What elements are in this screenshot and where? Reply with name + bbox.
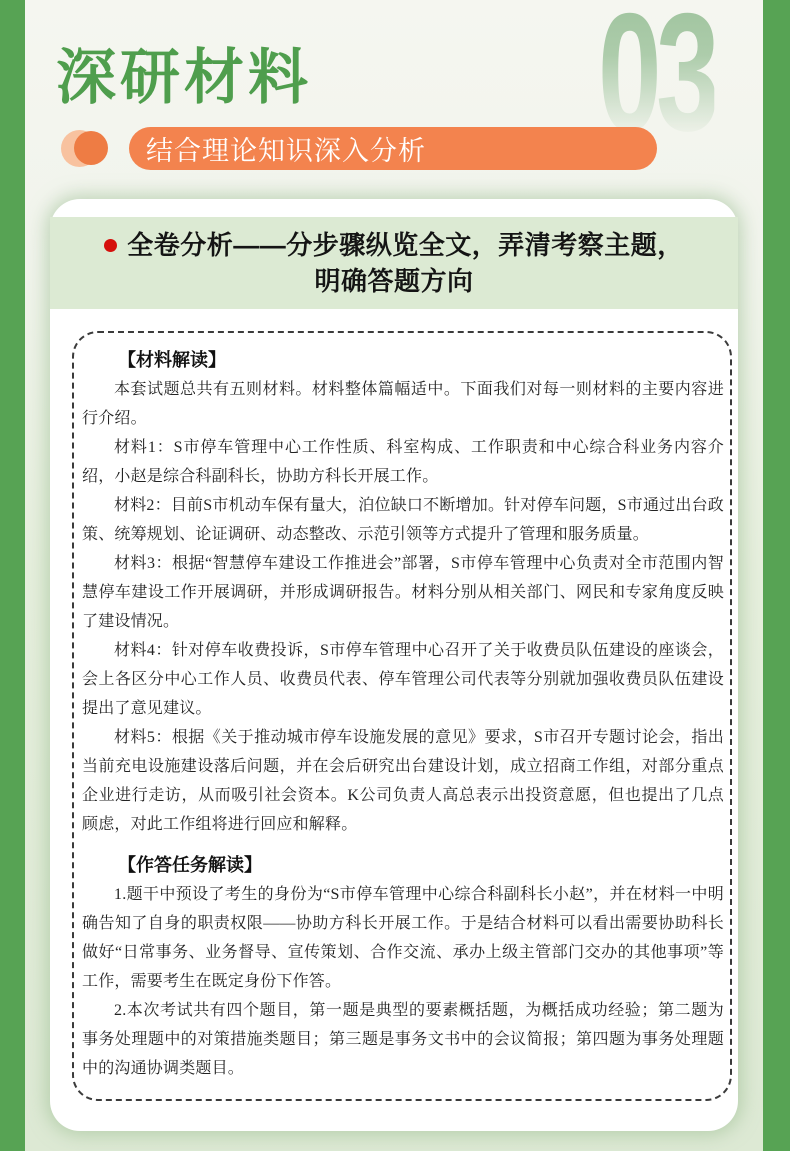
material-5-paragraph: 材料5：根据《关于推动城市停车设施发展的意见》要求，S市召开专题讨论会，指出当前…	[82, 723, 724, 839]
left-edge-strip	[0, 0, 25, 1151]
headline-line-1: 全卷分析——分步骤纵览全文，弄清考察主题，	[104, 227, 684, 263]
red-bullet-icon	[104, 239, 117, 252]
task-2-paragraph: 2.本次考试共有四个题目，第一题是典型的要素概括题，为概括成功经验；第二题为事务…	[82, 996, 724, 1083]
headline-banner: 全卷分析——分步骤纵览全文，弄清考察主题， 明确答题方向	[50, 217, 738, 309]
material-2-paragraph: 材料2：目前S市机动车保有量大，泊位缺口不断增加。针对停车问题，S市通过出台政策…	[82, 491, 724, 549]
subtitle-label: 结合理论知识深入分析	[146, 129, 426, 168]
subtitle-row: 结合理论知识深入分析	[61, 127, 657, 170]
material-4-paragraph: 材料4：针对停车收费投诉，S市停车管理中心召开了关于收费员队伍建设的座谈会，会上…	[82, 636, 724, 723]
content-card: 全卷分析——分步骤纵览全文，弄清考察主题， 明确答题方向 【材料解读】 本套试题…	[50, 199, 738, 1131]
analysis-dashed-box: 【材料解读】 本套试题总共有五则材料。材料整体篇幅适中。下面我们对每一则材料的主…	[72, 331, 732, 1101]
material-intro-paragraph: 本套试题总共有五则材料。材料整体篇幅适中。下面我们对每一则材料的主要内容进行介绍…	[82, 375, 724, 433]
page-title: 深研材料	[56, 30, 312, 116]
material-section-header: 【材料解读】	[82, 345, 724, 375]
double-dot-icon	[61, 130, 108, 167]
headline-text-2: 明确答题方向	[314, 263, 473, 299]
task-section-header: 【作答任务解读】	[82, 850, 724, 880]
material-1-paragraph: 材料1：S市停车管理中心工作性质、科室构成、工作职责和中心综合科业务内容介绍，小…	[82, 433, 724, 491]
dot-dark-icon	[74, 131, 108, 165]
subtitle-banner: 结合理论知识深入分析	[129, 127, 657, 170]
material-3-paragraph: 材料3：根据“智慧停车建设工作推进会”部署，S市停车管理中心负责对全市范围内智慧…	[82, 549, 724, 636]
task-1-paragraph: 1.题干中预设了考生的身份为“S市停车管理中心综合科副科长小赵”，并在材料一中明…	[82, 880, 724, 996]
right-edge-strip	[763, 0, 790, 1151]
headline-text-1: 全卷分析——分步骤纵览全文，弄清考察主题，	[127, 227, 684, 263]
